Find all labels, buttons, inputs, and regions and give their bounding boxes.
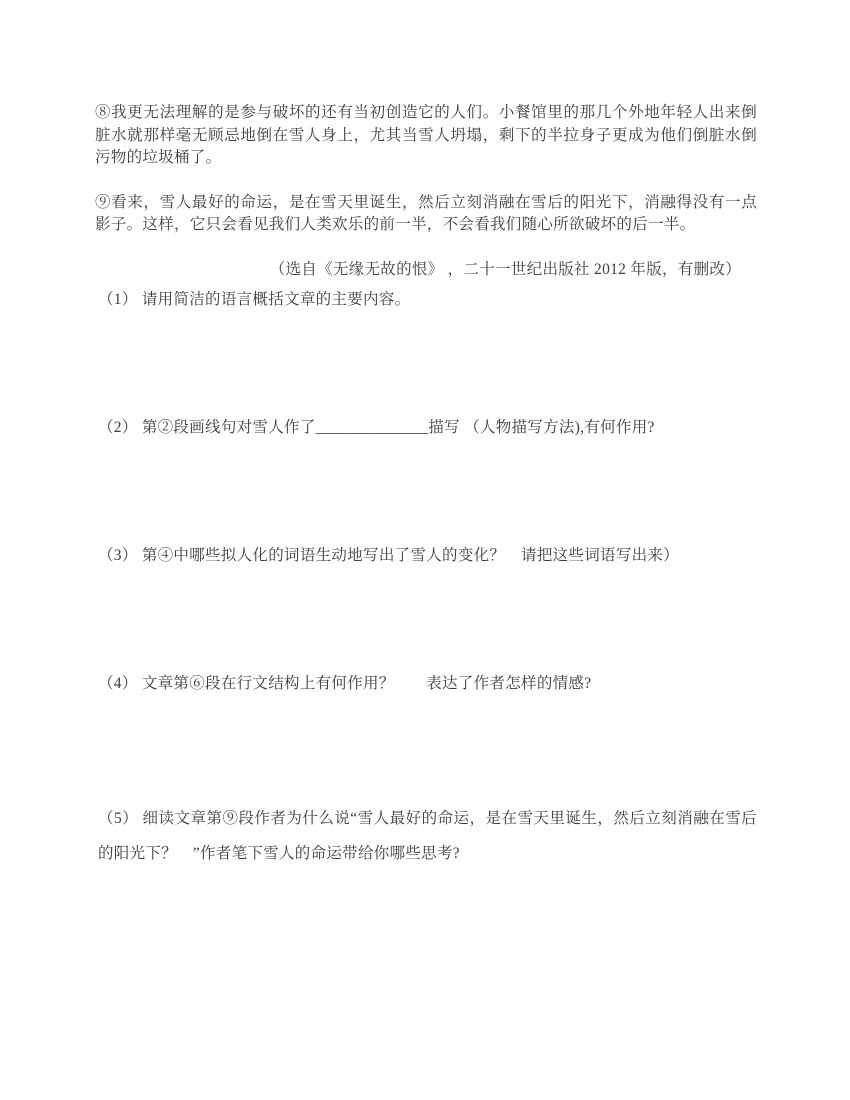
question-3: （3） 第④中哪些拟人化的词语生动地写出了雪人的变化？ 请把这些词语写出来） (95, 545, 757, 567)
source-attribution: （选自《无缘无故的恨》 ，二十一世纪出版社 2012 年版，有删改） (95, 259, 757, 281)
question-4: （4） 文章第⑥段在行文结构上有何作用？ 表达了作者怎样的情感? (95, 673, 757, 695)
article-paragraph-9: ⑨看来，雪人最好的命运，是在雪天里诞生，然后立刻消融在雪后的阳光下，消融得没有一… (95, 192, 757, 237)
article-paragraph-8: ⑧我更无法理解的是参与破坏的还有当初创造它的人们。小餐馆里的那几个外地年轻人出来… (95, 102, 757, 170)
document-page: ⑧我更无法理解的是参与破坏的还有当初创造它的人们。小餐馆里的那几个外地年轻人出来… (95, 102, 757, 871)
question-1: （1） 请用简洁的语言概括文章的主要内容。 (95, 289, 757, 311)
question-5: （5） 细读文章第⑨段作者为什么说“雪人最好的命运，是在雪天里诞生，然后立刻消融… (95, 801, 757, 871)
question-2: （2） 第②段画线句对雪人作了______________描写 （人物描写方法)… (95, 417, 757, 439)
